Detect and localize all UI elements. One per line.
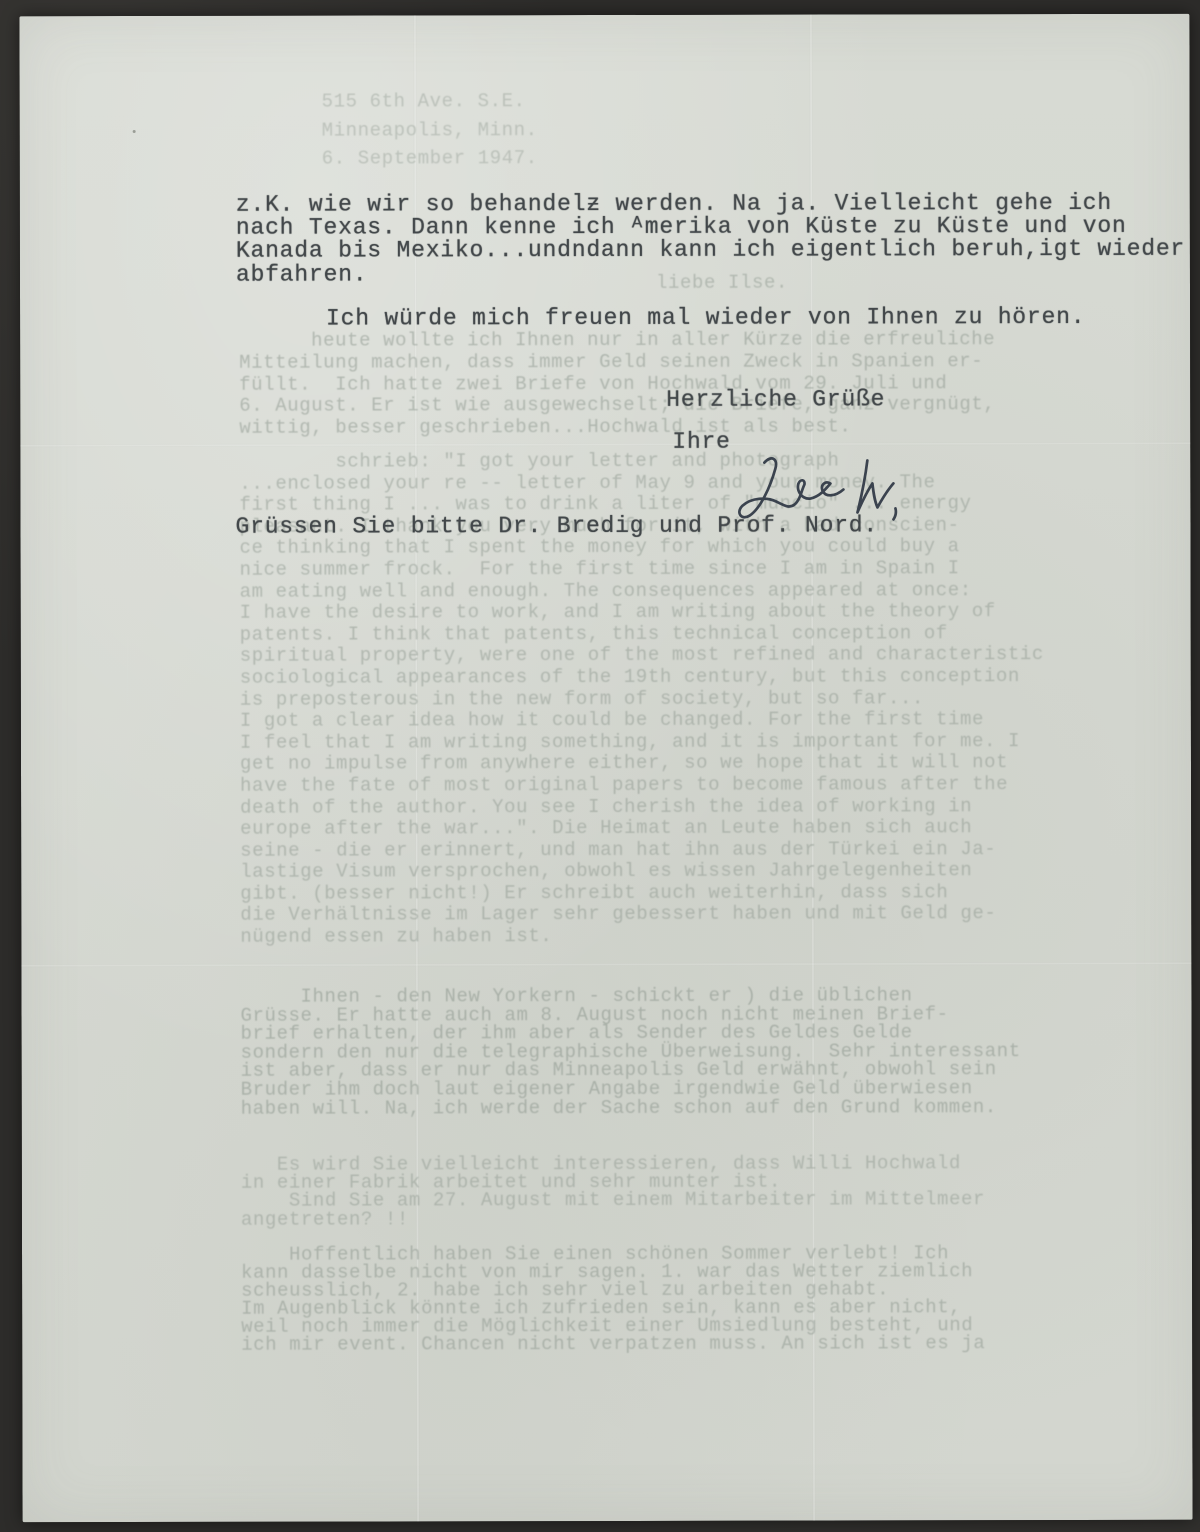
text-line: lastige Visum versprochen, obwohl es wis… <box>240 860 1044 883</box>
text-line: Sind Sie am 27. August mit einem Mitarbe… <box>241 1191 985 1211</box>
letter-closing: Herzliche Grüße <box>666 388 885 412</box>
text-line: Mitteilung machen, dass immer Geld seine… <box>239 351 995 374</box>
letter-postscript: Grüssen Sie bitte Dr. Bredig und Prof. N… <box>235 514 878 539</box>
text-line: haben will. Na, ich werde der Sache scho… <box>241 1098 1021 1118</box>
text-line: ...enclosed your re -- letter of May 9 a… <box>239 472 1043 495</box>
text-line: Minneapolis, Minn. <box>322 116 538 145</box>
bleedthrough-paragraph-5: Hoffentlich haben Sie einen schönen Somm… <box>241 1244 985 1354</box>
signature-stroke-w <box>857 460 893 512</box>
text-line: have the fate of most original papers to… <box>240 774 1044 797</box>
letter-paper: 515 6th Ave. S.E.Minneapolis, Minn.6. Se… <box>19 14 1192 1522</box>
text-line: spiritual property, were one of the most… <box>240 644 1044 667</box>
signature-stroke-comma <box>893 508 895 519</box>
text-line: angetreten? !! <box>241 1209 985 1229</box>
bleedthrough-address-block: 515 6th Ave. S.E.Minneapolis, Minn.6. Se… <box>322 87 538 173</box>
text-line: die Verhältnisse im Lager sehr gebessert… <box>240 904 1044 927</box>
text-line: heute wollte ich Ihnen nur in aller Kürz… <box>239 329 995 352</box>
text-line: nügend essen zu haben ist. <box>240 925 1044 948</box>
fold-crease-horizontal-lower <box>21 962 1191 967</box>
text-line: I have the desire to work, and I am writ… <box>240 601 1044 624</box>
letter-body-paragraph: z.K. wie wir so behandelƶ werden. Na ja.… <box>236 192 1185 287</box>
text-line: schrieb: "I got your letter and photogra… <box>239 450 1043 473</box>
text-line: seine - die er erinnert, und man hat ihn… <box>240 839 1044 862</box>
text-line: ce thinking that I spent the money for w… <box>240 536 1044 559</box>
text-line: 6. September 1947. <box>322 144 538 173</box>
text-line: europe after the war...". Die Heimat an … <box>240 817 1044 840</box>
text-line: 515 6th Ave. S.E. <box>322 87 538 116</box>
fold-crease-horizontal-upper <box>20 442 1190 447</box>
text-line: abfahren. <box>236 261 1185 286</box>
text-line: I got a clear idea how it could be chang… <box>240 709 1044 732</box>
letter-farewell-line: Ich würde mich freuen mal wieder von Ihn… <box>326 306 1085 331</box>
text-line: gibt. (besser nicht!) Er schreibt auch w… <box>240 882 1044 905</box>
text-line: Kanada bis Mexiko...undndann kann ich ei… <box>236 238 1185 263</box>
text-line: patents. I think that patents, this tech… <box>240 623 1044 646</box>
text-line: death of the author. You see I cherish t… <box>240 796 1044 819</box>
text-line: get no impulse from anywhere either, so … <box>240 752 1044 775</box>
bleedthrough-paragraph-1: heute wollte ich Ihnen nur in aller Kürz… <box>239 329 995 440</box>
text-line: am eating well and enough. The consequen… <box>240 580 1044 603</box>
letter-closing-pronoun: Ihre <box>672 431 730 454</box>
signature-stroke-ilse <box>739 458 843 517</box>
text-line: sociological appearances of the 19th cen… <box>240 666 1044 689</box>
scanner-background: 515 6th Ave. S.E.Minneapolis, Minn.6. Se… <box>0 0 1200 1532</box>
text-line: is preposterous in the new form of socie… <box>240 688 1044 711</box>
paper-speck <box>133 130 136 133</box>
bleedthrough-paragraph-4: Es wird Sie vielleicht interessieren, da… <box>241 1154 985 1228</box>
text-line: I feel that I am writing something, and … <box>240 731 1044 754</box>
text-line: ich mir event. Chancen nicht verpatzen m… <box>241 1334 985 1354</box>
text-line: wittig, besser geschrieben...Hochwald is… <box>239 416 995 439</box>
text-line: nice summer frock. For the first time si… <box>240 558 1044 581</box>
bleedthrough-paragraph-3: Ihnen - den New Yorkern - schickt er ) d… <box>240 986 1020 1118</box>
